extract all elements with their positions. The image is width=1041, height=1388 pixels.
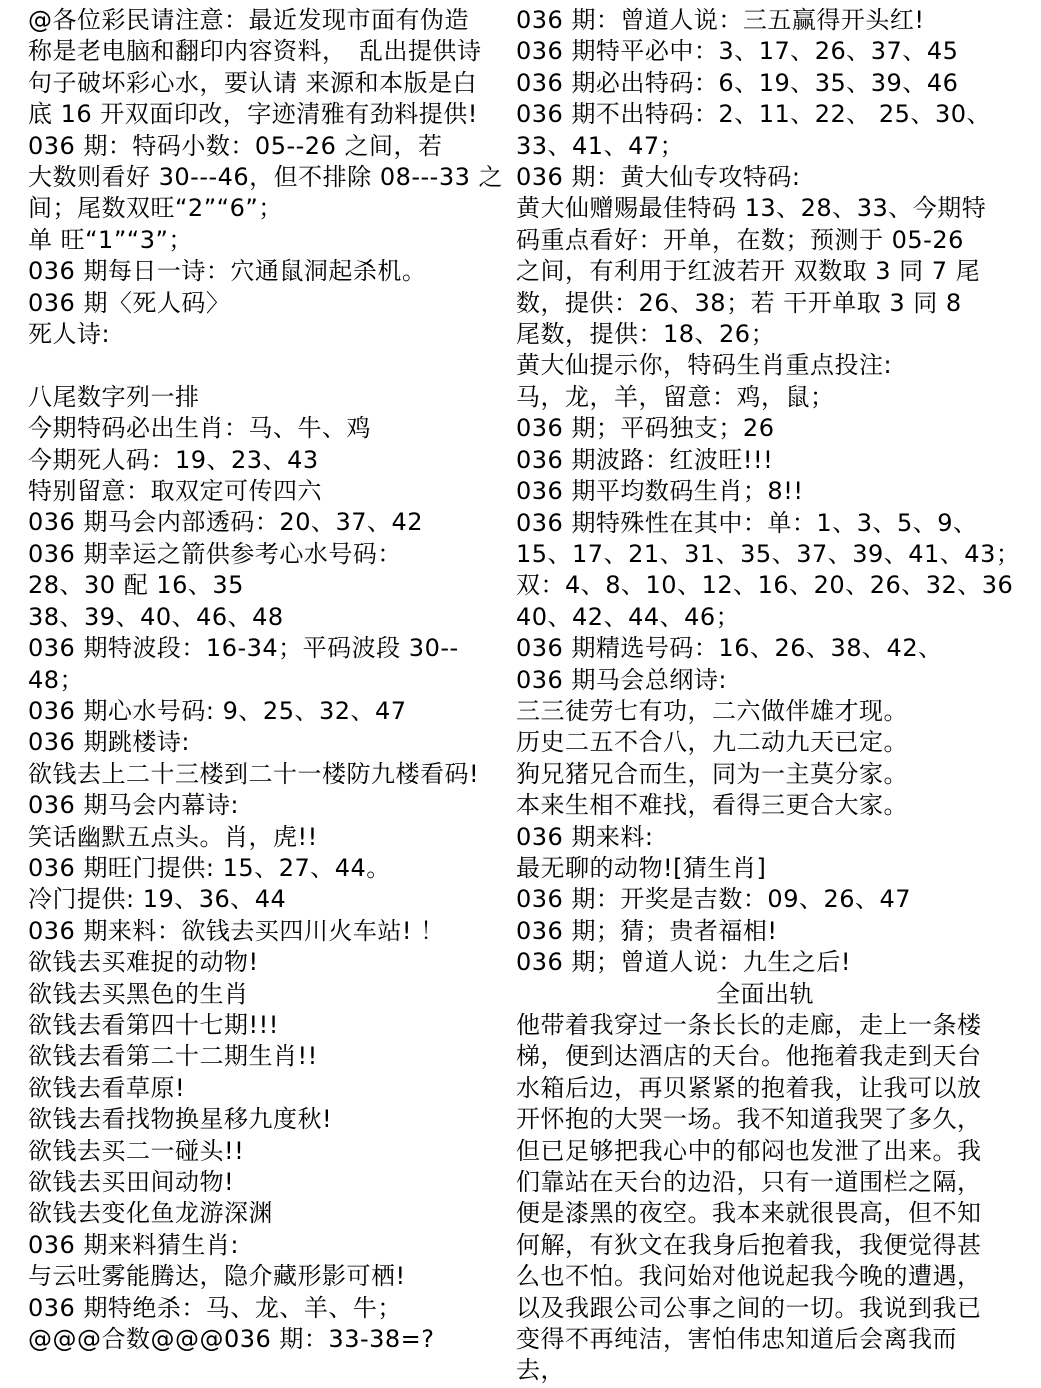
text-line: 欲钱去买难捉的动物! (28, 947, 516, 978)
text-line: 水箱后边，再贝紧紧的抱着我，让我可以放 (516, 1073, 1014, 1104)
text-line: 15、17、21、31、35、37、39、41、43； (516, 539, 1014, 570)
text-line: 特别留意：取双定可传四六 (28, 476, 516, 507)
text-line: 欲钱去看第四十七期!!! (28, 1010, 516, 1041)
text-line: 本来生相不难找，看得三更合大家。 (516, 790, 1014, 821)
text-line: 变得不再纯洁，害怕伟忠知道后会离我而 (516, 1324, 1014, 1355)
text-line: 去， (516, 1355, 1014, 1386)
text-line: 036 期旺门提供: 15、27、44。 (28, 853, 516, 884)
text-line: 之间，有利用于红波若开 双数取 3 同 7 尾 (516, 256, 1014, 287)
text-line: 码重点看好：开单，在数；预测于 05-26 (516, 225, 1014, 256)
text-line: 036 期马会内部透码：20、37、42 (28, 507, 516, 538)
text-line: 开怀抱的大哭一场。我不知道我哭了多久， (516, 1104, 1014, 1135)
text-line: 036 期来料：欲钱去买四川火车站! ！ (28, 916, 516, 947)
text-line: 句子破坏彩心水，要认请 来源和本版是白 (28, 68, 516, 99)
text-line: 036 期特殊性在其中：单：1、3、5、9、 (516, 508, 1014, 539)
text-line: 40、42、44、46； (516, 602, 1014, 633)
text-line: 036 期特波段：16-34；平码波段 30-- (28, 633, 516, 664)
text-line: 三三徒劳七有功，二六做伴雄才现。 (516, 696, 1014, 727)
text-line: 欲钱去上二十三楼到二十一楼防九楼看码! (28, 759, 516, 790)
text-line: 欲钱去变化鱼龙游深渊 (28, 1198, 516, 1229)
text-line: 036 期〈死人码〉 (28, 288, 516, 319)
text-line: 但已足够把我心中的郁闷也发泄了出来。我 (516, 1136, 1014, 1167)
text-line: 他带着我穿过一条长长的走廊，走上一条楼 (516, 1010, 1014, 1041)
text-line: 冷门提供: 19、36、44 (28, 884, 516, 915)
text-line: 48； (28, 665, 516, 696)
text-line: 036 期；平码独支；26 (516, 413, 1014, 444)
text-line: 欲钱去买黑色的生肖 (28, 979, 516, 1010)
text-line: 036 期平均数码生肖；8!! (516, 476, 1014, 507)
text-line: 马，龙，羊，留意：鸡，鼠； (516, 382, 1014, 413)
text-line: 尾数，提供：18、26； (516, 319, 1014, 350)
text-line: 何解，有狄文在我身后抱着我，我便觉得甚 (516, 1230, 1014, 1261)
text-line: 欲钱去买田间动物! (28, 1167, 516, 1198)
text-line: 黄大仙赠赐最佳特码 13、28、33、今期特 (516, 193, 1014, 224)
text-line: 28、30 配 16、35 (28, 570, 516, 601)
text-line: 底 16 开双面印改，字迹清雅有劲料提供! (28, 99, 516, 130)
text-line: 数，提供：26、38；若 干开单取 3 同 8 (516, 288, 1014, 319)
text-line: 们靠站在天台的边沿，只有一道围栏之隔， (516, 1167, 1014, 1198)
text-line: 单 旺“1”“3”； (28, 225, 516, 256)
text-line: 33、41、47； (516, 131, 1014, 162)
text-line: 历史二五不合八，九二动九天已定。 (516, 727, 1014, 758)
text-line: 黄大仙提示你，特码生肖重点投注: (516, 350, 1014, 381)
text-line: 036 期：黄大仙专攻特码: (516, 162, 1014, 193)
text-line: 大数则看好 30---46，但不排除 08---33 之 (28, 162, 516, 193)
text-line: 八尾数字列一排 (28, 382, 516, 413)
text-line: 间；尾数双旺“2”“6”； (28, 193, 516, 224)
text-line: 036 期：曾道人说：三五赢得开头红! (516, 5, 1014, 36)
text-line: 036 期幸运之箭供参考心水号码： (28, 539, 516, 570)
text-line: 036 期：开奖是吉数：09、26、47 (516, 884, 1014, 915)
text-line: 欲钱去看第二十二期生肖!! (28, 1041, 516, 1072)
right-column: 036 期：曾道人说：三五赢得开头红!036 期特平必中：3、17、26、37、… (516, 5, 1014, 1388)
text-line: 036 期马会内幕诗: (28, 790, 516, 821)
text-line: 以及我跟公司公事之间的一切。我说到我已 (516, 1293, 1014, 1324)
text-line: 036 期来料: (516, 822, 1014, 853)
text-line: 036 期特绝杀：马、龙、羊、牛； (28, 1293, 516, 1324)
text-line: 今期死人码：19、23、43 (28, 445, 516, 476)
text-line: 38、39、40、46、48 (28, 602, 516, 633)
text-line: 全面出轨 (516, 979, 1014, 1010)
document-page: @各位彩民请注意：最近发现市面有伪造称是老电脑和翻印内容资料， 乱出提供诗句子破… (0, 0, 1041, 1388)
text-line: 036 期；曾道人说：九生之后! (516, 947, 1014, 978)
text-line: 036 期波路：红波旺!!! (516, 445, 1014, 476)
text-line: 036 期；猜；贵者福相! (516, 916, 1014, 947)
text-line: 036 期不出特码：2、11、22、 25、30、 (516, 99, 1014, 130)
text-line: 么也不怕。我问始对他说起我今晚的遭遇， (516, 1261, 1014, 1292)
text-line: 欲钱去看草原! (28, 1073, 516, 1104)
text-line: 狗兄猪兄合而生，同为一主莫分家。 (516, 759, 1014, 790)
text-line: 036 期心水号码: 9、25、32、47 (28, 696, 516, 727)
text-line: 036 期每日一诗：穴通鼠洞起杀机。 (28, 256, 516, 287)
text-line: 036 期来料猜生肖: (28, 1230, 516, 1261)
text-line: 笑话幽默五点头。肖，虎!! (28, 822, 516, 853)
text-line: 036 期精选号码：16、26、38、42、 (516, 633, 1014, 664)
text-line: 036 期必出特码：6、19、35、39、46 (516, 68, 1014, 99)
text-line: @各位彩民请注意：最近发现市面有伪造 (28, 5, 516, 36)
text-line: 036 期马会总纲诗: (516, 665, 1014, 696)
left-column: @各位彩民请注意：最近发现市面有伪造称是老电脑和翻印内容资料， 乱出提供诗句子破… (0, 5, 516, 1388)
text-line (28, 350, 516, 381)
text-line: 036 期：特码小数：05--26 之间，若 (28, 131, 516, 162)
text-line: 036 期特平必中：3、17、26、37、45 (516, 36, 1014, 67)
text-line: 便是漆黑的夜空。我本来就很畏高，但不知 (516, 1198, 1014, 1229)
text-line: 称是老电脑和翻印内容资料， 乱出提供诗 (28, 36, 516, 67)
text-line: 欲钱去看找物换星移九度秋! (28, 1104, 516, 1135)
text-line: @@@合数@@@036 期：33-38=? (28, 1324, 516, 1355)
text-line: 与云吐雾能腾达，隐介藏形影可栖! (28, 1261, 516, 1292)
text-line: 036 期跳楼诗: (28, 727, 516, 758)
text-line: 死人诗: (28, 319, 516, 350)
text-line: 最无聊的动物![猜生肖] (516, 853, 1014, 884)
text-line: 双：4、8、10、12、16、20、26、32、36 (516, 570, 1014, 601)
text-line: 今期特码必出生肖：马、牛、鸡 (28, 413, 516, 444)
text-line: 欲钱去买二一碰头!! (28, 1136, 516, 1167)
text-line: 梯，便到达酒店的天台。他拖着我走到天台 (516, 1041, 1014, 1072)
